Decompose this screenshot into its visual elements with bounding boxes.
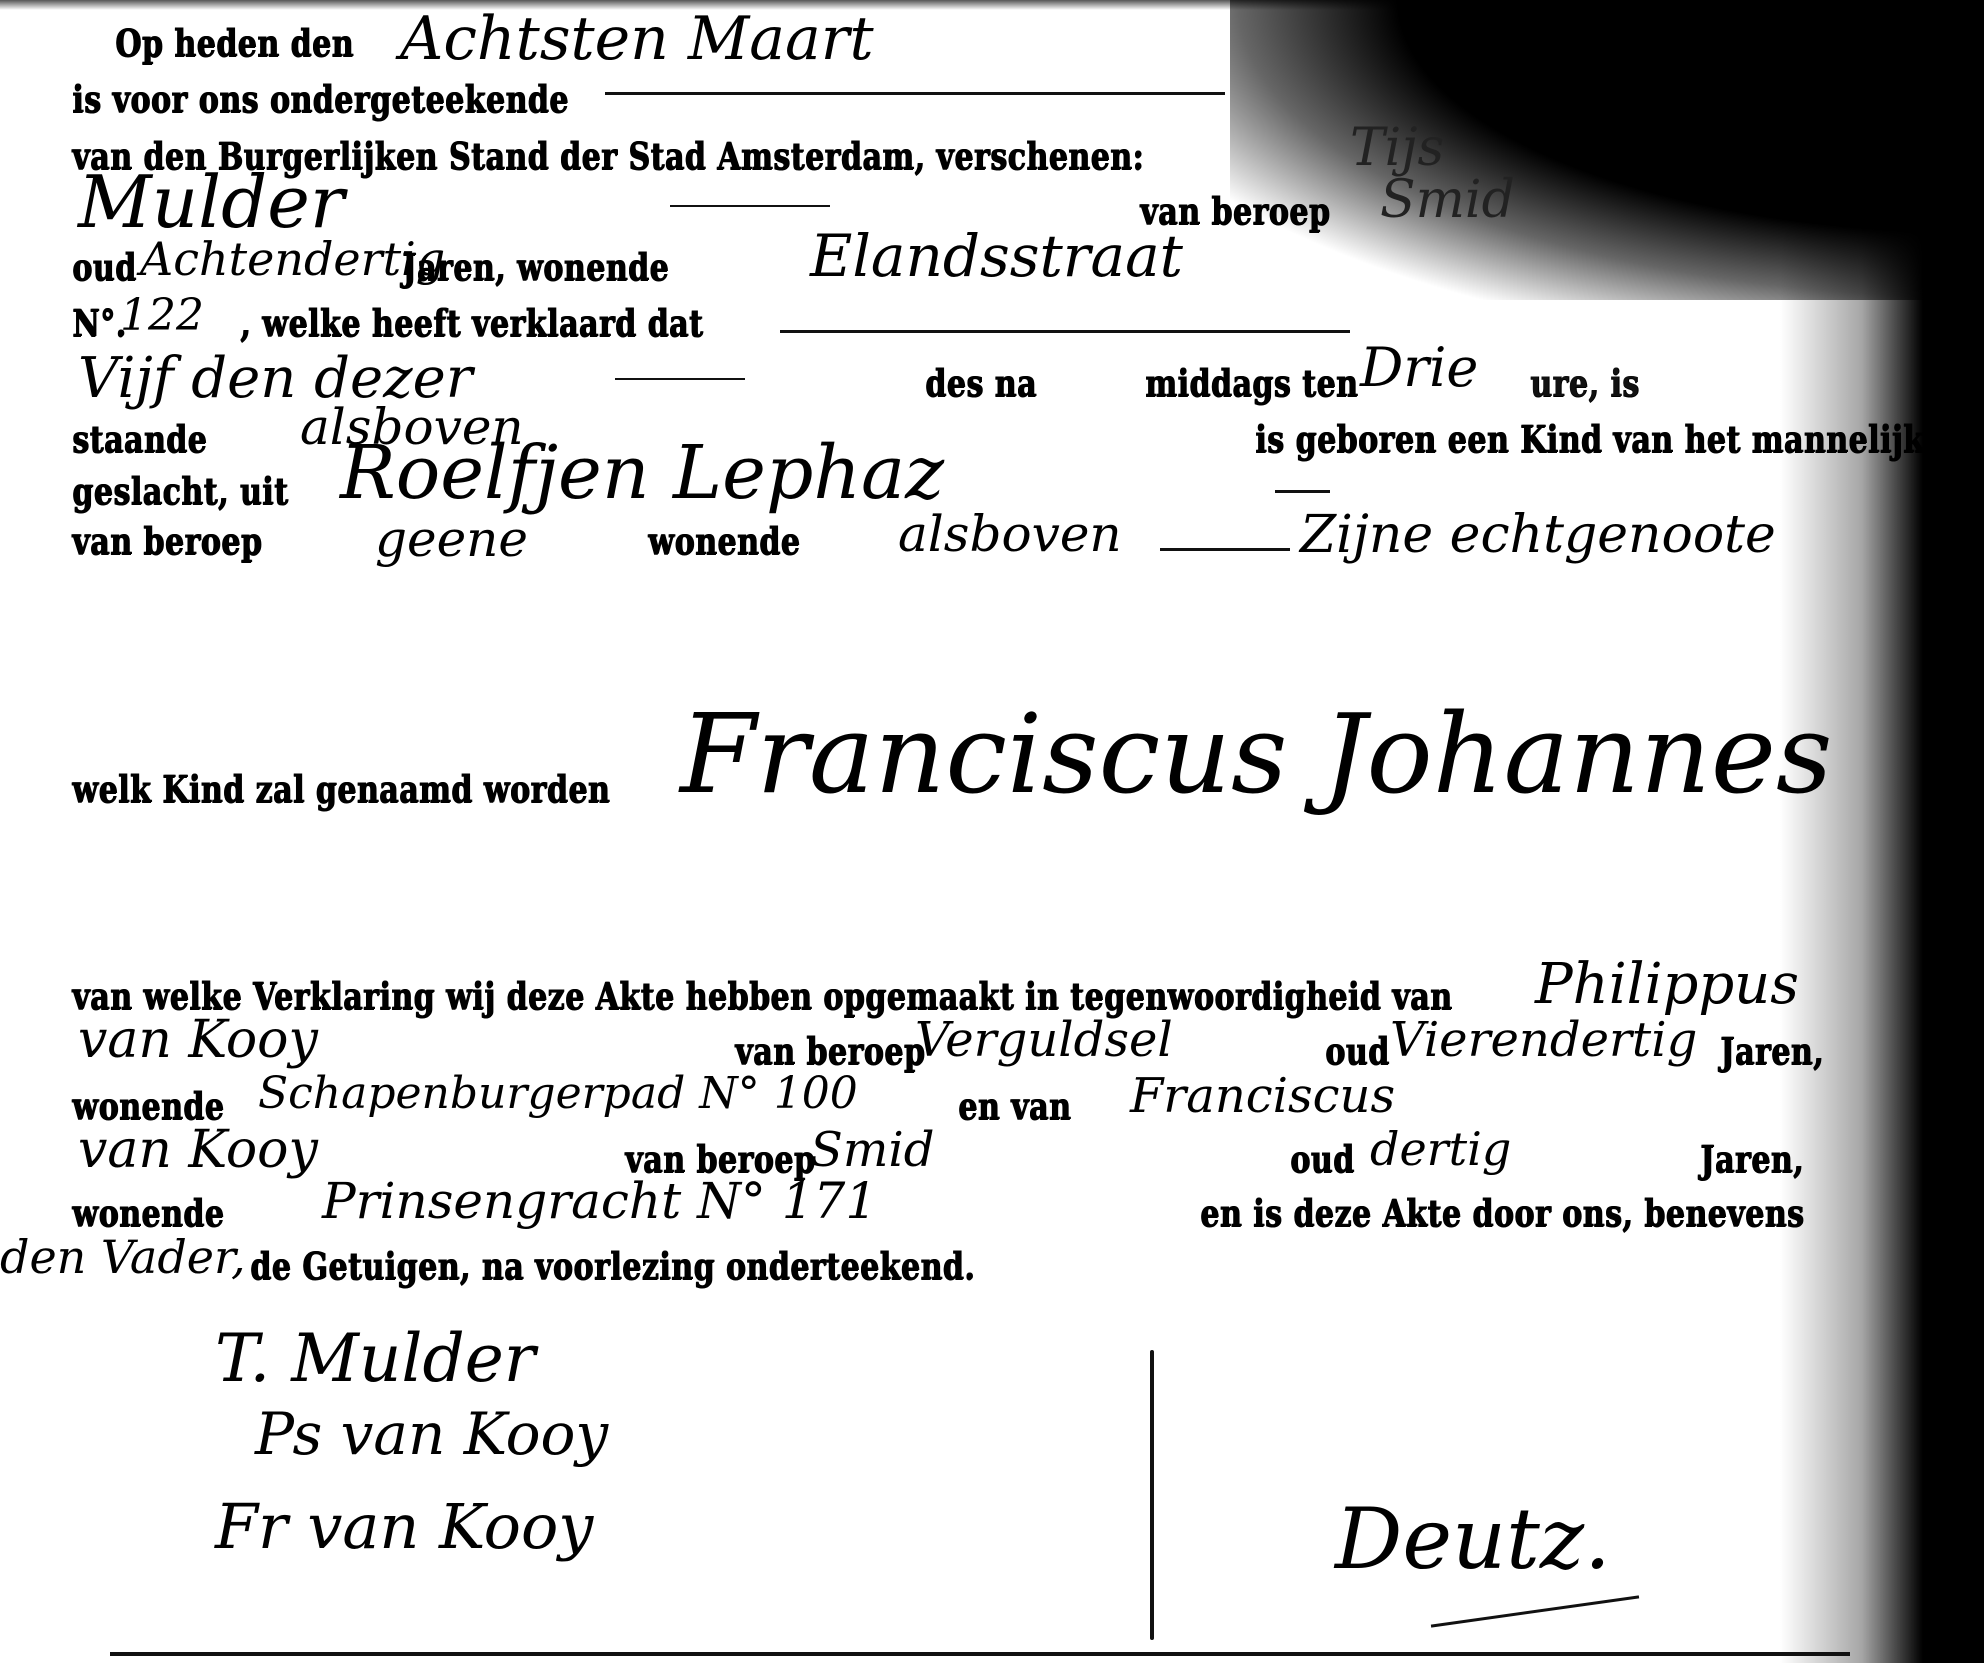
handwritten-witness2-occupation: Smid — [810, 1122, 934, 1178]
fill-line — [615, 378, 745, 380]
printed-middags-ten: middags ten — [1145, 362, 1358, 406]
handwritten-witness2-age: dertig — [1370, 1122, 1511, 1176]
handwritten-occupation: Smid — [1380, 170, 1515, 230]
fill-line — [1160, 548, 1290, 551]
handwritten-first-name: Tijs — [1350, 118, 1444, 178]
birth-record-scan: Op heden den Achtsten Maart is voor ons … — [0, 0, 1984, 1663]
handwritten-mother-occupation: geene — [375, 510, 528, 568]
handwritten-witness1-age: Vierendertig — [1390, 1012, 1697, 1068]
handwritten-witness2-firstname: Franciscus — [1130, 1068, 1395, 1124]
printed-oud: oud — [72, 246, 136, 290]
fill-line — [780, 330, 1350, 333]
signature-witness2: Fr van Kooy — [215, 1490, 593, 1563]
printed-jaren-wonende: Jaren, wonende — [402, 246, 669, 290]
signature-witness1: Ps van Kooy — [255, 1400, 608, 1468]
handwritten-witness1-address: Schapenburgerpad N° 100 — [258, 1068, 858, 1119]
handwritten-date: Achtsten Maart — [400, 4, 874, 74]
handwritten-den-vader: den Vader, — [0, 1230, 246, 1284]
printed-de-getuigen: de Getuigen, na voorlezing onderteekend. — [250, 1245, 975, 1289]
printed-en-is-deze-akte: en is deze Akte door ons, benevens — [1200, 1192, 1804, 1236]
handwritten-relation: Zijne echtgenoote — [1300, 505, 1776, 565]
handwritten-mother-residence: alsboven — [898, 505, 1122, 563]
handwritten-witness1-firstname: Philippus — [1535, 952, 1799, 1017]
handwritten-house-number: 122 — [120, 290, 204, 341]
handwritten-witness1-occupation: Verguldsel — [915, 1012, 1173, 1068]
signature-underline — [1431, 1595, 1639, 1627]
printed-is-voor-ons: is voor ons ondergeteekende — [72, 78, 569, 122]
printed-geslacht-uit: geslacht, uit — [72, 470, 288, 514]
scan-dark-edge — [1940, 0, 1984, 1663]
fill-line — [605, 92, 1225, 95]
printed-van-beroep: van beroep — [72, 520, 262, 564]
printed-ure-is: ure, is — [1530, 362, 1639, 406]
signature-father: T. Mulder — [215, 1320, 535, 1397]
printed-en-van: en van — [958, 1085, 1071, 1129]
printed-jaren: Jaren, — [1720, 1030, 1824, 1074]
fill-line — [1275, 490, 1330, 493]
handwritten-witness2-surname: van Kooy — [78, 1120, 318, 1180]
handwritten-child-name: Franciscus Johannes — [680, 690, 1832, 818]
handwritten-age: Achtendertig — [140, 232, 445, 286]
printed-wonende: wonende — [648, 520, 800, 564]
printed-oud: oud — [1290, 1138, 1354, 1182]
printed-staande: staande — [72, 418, 207, 462]
handwritten-hour: Drie — [1360, 336, 1478, 399]
printed-welk-kind: welk Kind zal genaamd worden — [72, 768, 610, 812]
handwritten-mother-name: Roelfjen Lephaz — [340, 430, 944, 516]
signature-brace — [1150, 1350, 1154, 1640]
handwritten-witness1-surname: van Kooy — [78, 1010, 318, 1070]
printed-jaren: Jaren, — [1700, 1138, 1804, 1182]
signature-registrar: Deutz. — [1335, 1490, 1611, 1588]
fill-line — [670, 205, 830, 207]
bottom-rule — [110, 1652, 1850, 1656]
printed-welke-heeft: , welke heeft verklaard dat — [240, 302, 703, 346]
printed-op-heden: Op heden den — [115, 22, 354, 66]
handwritten-witness2-address: Prinsengracht N° 171 — [322, 1172, 877, 1230]
printed-number-sign: N°. — [72, 302, 126, 346]
printed-is-geboren: is geboren een Kind van het mannelijk — [1255, 418, 1924, 462]
handwritten-street: Elandsstraat — [810, 222, 1183, 290]
printed-des-na: des na — [925, 362, 1037, 406]
